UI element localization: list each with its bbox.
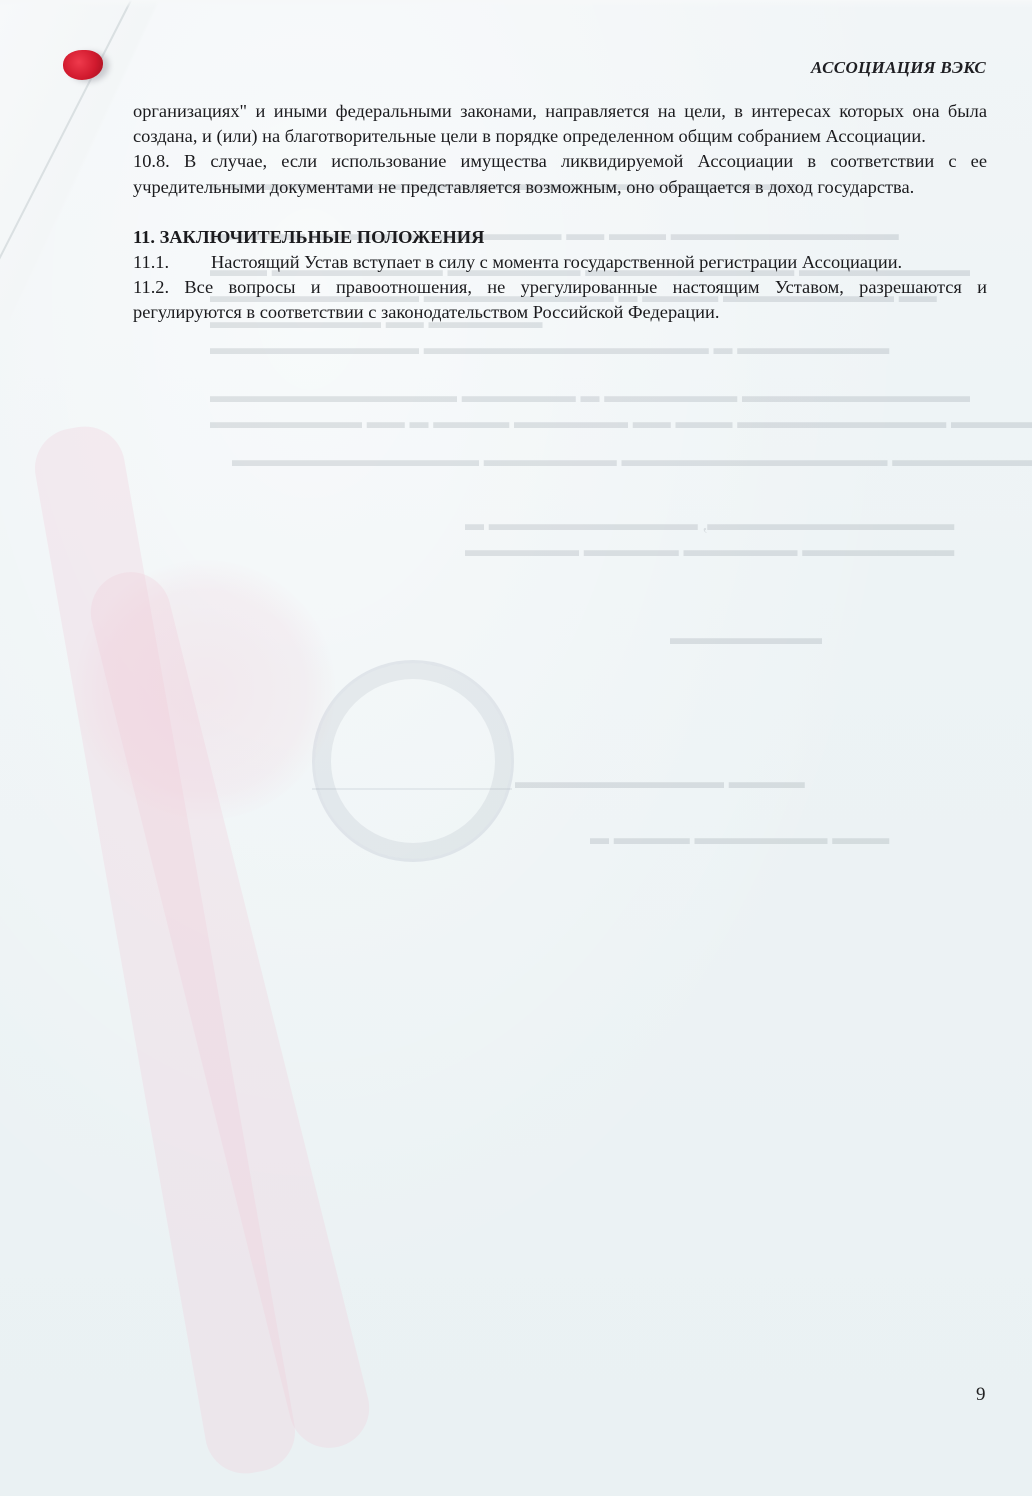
reverse-side-text-bleed: ▬▬▬▬▬▬▬▬: [670, 626, 822, 651]
paragraph-spacer: [133, 200, 987, 225]
ribbon-bleed-through: [29, 420, 302, 1480]
clause-11-1-text: Настоящий Устав вступает в силу с момент…: [211, 252, 902, 272]
paragraph-10-8: 10.8. В случае, если использование имуще…: [133, 149, 987, 199]
reverse-side-text-bleed: ▬▬▬▬▬ ▬▬▬▬▬▬▬▬▬▬▬ ▬▬▬ ▬▬ ▬▬▬▬▬▬ ▬▬▬▬ ▬ ▬…: [210, 410, 1032, 435]
page-number: 9: [976, 1384, 986, 1406]
document-header: АССОЦИАЦИЯ ВЭКС: [811, 58, 986, 78]
reverse-side-text-bleed: ▬▬▬▬▬▬▬▬▬▬▬▬▬, ▬▬▬▬▬▬▬▬▬▬▬ ▬: [465, 512, 954, 537]
reverse-side-text-bleed: ▬▬▬▬▬▬▬▬ ▬ ▬▬▬▬▬▬▬▬▬▬▬▬▬▬▬ ▬▬▬▬▬▬▬▬▬▬▬: [210, 336, 889, 361]
page-top-edge: [0, 0, 1032, 8]
stamp-bleed-through-icon: [312, 660, 514, 862]
clause-11-2: 11.2. Все вопросы и правоотношения, не у…: [133, 275, 987, 325]
reverse-side-text-bleed: ▬▬▬▬ ▬▬▬▬▬▬▬▬▬▬▬: [515, 770, 805, 795]
reverse-side-text-bleed: ▬▬▬▬▬▬▬▬▬▬▬▬▬▬▬ ▬▬▬▬▬▬▬▬▬▬▬▬▬▬ ▬▬▬▬▬▬▬ ▬…: [232, 448, 1032, 473]
stamp-signature-line: [312, 788, 512, 790]
document-body: организациях" и иными федеральными закон…: [133, 99, 987, 326]
ribbon-rosette-bleed-through: [75, 560, 335, 820]
clause-11-1: 11.1.Настоящий Устав вступает в силу с м…: [133, 250, 987, 275]
section-heading: 11. ЗАКЛЮЧИТЕЛЬНЫЕ ПОЛОЖЕНИЯ: [133, 225, 987, 250]
paragraph-continuation: организациях" и иными федеральными закон…: [133, 99, 987, 149]
fold-edge: [0, 0, 132, 268]
reverse-side-text-bleed: ▬▬▬▬▬▬▬▬ ▬▬▬▬▬▬ ▬▬▬▬▬ ▬▬▬▬▬▬: [465, 538, 954, 563]
ribbon-bleed-through: [82, 564, 377, 1457]
wax-seal-icon: [63, 50, 103, 80]
clause-11-1-number: 11.1.: [133, 250, 211, 275]
document-page: ▬▬▬▬▬▬▬ ▬ ▬▬▬▬▬▬▬▬▬▬▬▬ ▬ ▬▬▬▬▬▬▬▬▬ ▬▬▬▬▬…: [0, 0, 1032, 1496]
reverse-side-text-bleed: ▬▬▬▬▬▬▬▬▬▬▬▬ ▬▬▬▬▬▬▬ ▬ ▬▬▬▬▬▬ ▬▬▬▬▬▬▬▬▬▬…: [210, 384, 970, 409]
reverse-side-text-bleed: ▬▬▬ ▬▬▬▬▬▬▬ ▬▬▬▬ ▬: [590, 826, 889, 851]
